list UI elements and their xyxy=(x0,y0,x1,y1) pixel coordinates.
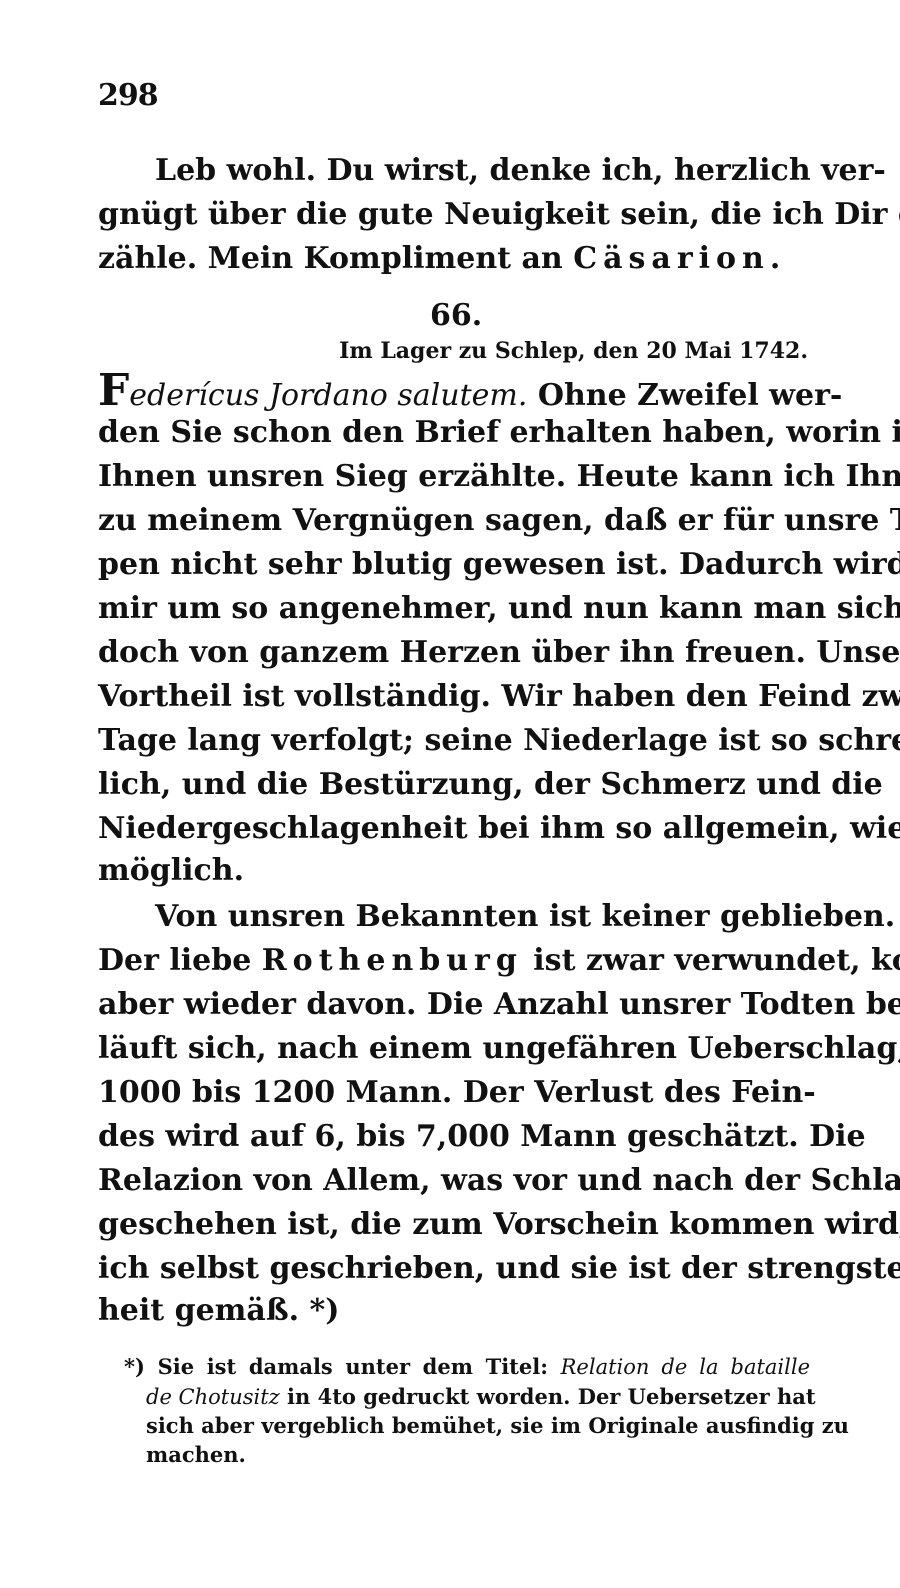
p2-line-1: Von unsren Bekannten ist keiner gebliebe… xyxy=(155,898,810,936)
p1-line-5: pen nicht sehr blutig gewesen ist. Dadur… xyxy=(98,546,810,584)
paragraph1-first-line: Ohne Zweifel wer- xyxy=(538,378,843,413)
p2-line-7: Relazion von Allem, was vor und nach der… xyxy=(98,1162,810,1200)
salutation-initial: F xyxy=(98,365,129,416)
p1-line-12: möglich. xyxy=(98,852,810,890)
p2-line-8: geschehen ist, die zum Vorschein kommen … xyxy=(98,1206,810,1244)
p2-line-9: ich selbst geschrieben, und sie ist der … xyxy=(98,1250,810,1288)
footnote-line-1: *) Sie ist damals unter dem Titel: Relat… xyxy=(124,1353,810,1381)
closing-line-3-text: zähle. Mein Kompliment an xyxy=(98,241,573,276)
p1-line-8: Vortheil ist vollständig. Wir haben den … xyxy=(98,678,810,716)
page-number: 298 xyxy=(98,78,158,113)
p1-line-7: doch von ganzem Herzen über ihn freuen. … xyxy=(98,634,810,672)
closing-line-1: Leb wohl. Du wirst, denke ich, herzlich … xyxy=(155,152,810,190)
p1-line-6: mir um so angenehmer, und nun kann man s… xyxy=(98,590,810,628)
closing-line-3: zähle. Mein Kompliment an Cäsarion. xyxy=(98,240,810,278)
p2-line-2-before: Der liebe xyxy=(98,943,262,978)
p1-line-9: Tage lang verfolgt; seine Niederlage ist… xyxy=(98,722,810,760)
p1-line-2: den Sie schon den Brief erhalten haben, … xyxy=(98,414,810,452)
p2-line-5: 1000 bis 1200 Mann. Der Verlust des Fein… xyxy=(98,1074,810,1112)
footnote-line-2: de Chotusitz in 4to gedruckt worden. Der… xyxy=(146,1383,810,1411)
p2-line-3: aber wieder davon. Die Anzahl unsrer Tod… xyxy=(98,986,810,1024)
p1-line-4: zu meinem Vergnügen sagen, daß er für un… xyxy=(98,502,810,540)
p1-line-3: Ihnen unsren Sieg erzählte. Heute kann i… xyxy=(98,458,810,496)
letter-number: 66. xyxy=(430,298,482,333)
footnote-line-1-text: Sie ist damals unter dem Titel: xyxy=(158,1354,561,1379)
footnote-line-3: sich aber vergeblich bemühet, sie im Ori… xyxy=(146,1412,810,1440)
p2-line-4: läuft sich, nach einem ungefähren Uebers… xyxy=(98,1030,810,1068)
p1-line-10: lich, und die Bestürzung, der Schmerz un… xyxy=(98,766,810,804)
name-rothenburg: Rothenburg xyxy=(262,943,523,978)
letter-dateline: Im Lager zu Schlep, den 20 Mai 1742. xyxy=(339,338,808,364)
footnote-marker: *) xyxy=(124,1354,145,1379)
p2-line-2-after: ist zwar verwundet, kommt xyxy=(523,943,900,978)
footnote-title-italic-2: de Chotusitz xyxy=(146,1385,280,1409)
footnote-title-italic-1: Relation de la bataille xyxy=(561,1355,810,1379)
p2-line-10: heit gemäß. *) xyxy=(98,1292,810,1330)
footnote-line-4: machen. xyxy=(146,1441,810,1469)
p2-line-2: Der liebe Rothenburg ist zwar verwundet,… xyxy=(98,942,810,980)
salutation-latin: ederícus Jordano salutem. xyxy=(129,378,527,413)
salutation-line: Federícus Jordano salutem. Ohne Zweifel … xyxy=(98,372,810,410)
book-page: 298 Leb wohl. Du wirst, denke ich, herzl… xyxy=(0,0,900,1588)
p2-line-6: des wird auf 6, bis 7,000 Mann geschätzt… xyxy=(98,1118,810,1156)
footnote-line-2-text: in 4to gedruckt worden. Der Uebersetzer … xyxy=(280,1384,816,1409)
name-caesarion: Cäsarion. xyxy=(573,241,786,276)
p1-line-11: Niedergeschlagenheit bei ihm so allgemei… xyxy=(98,810,810,848)
closing-line-2: gnügt über die gute Neuigkeit sein, die … xyxy=(98,196,810,234)
